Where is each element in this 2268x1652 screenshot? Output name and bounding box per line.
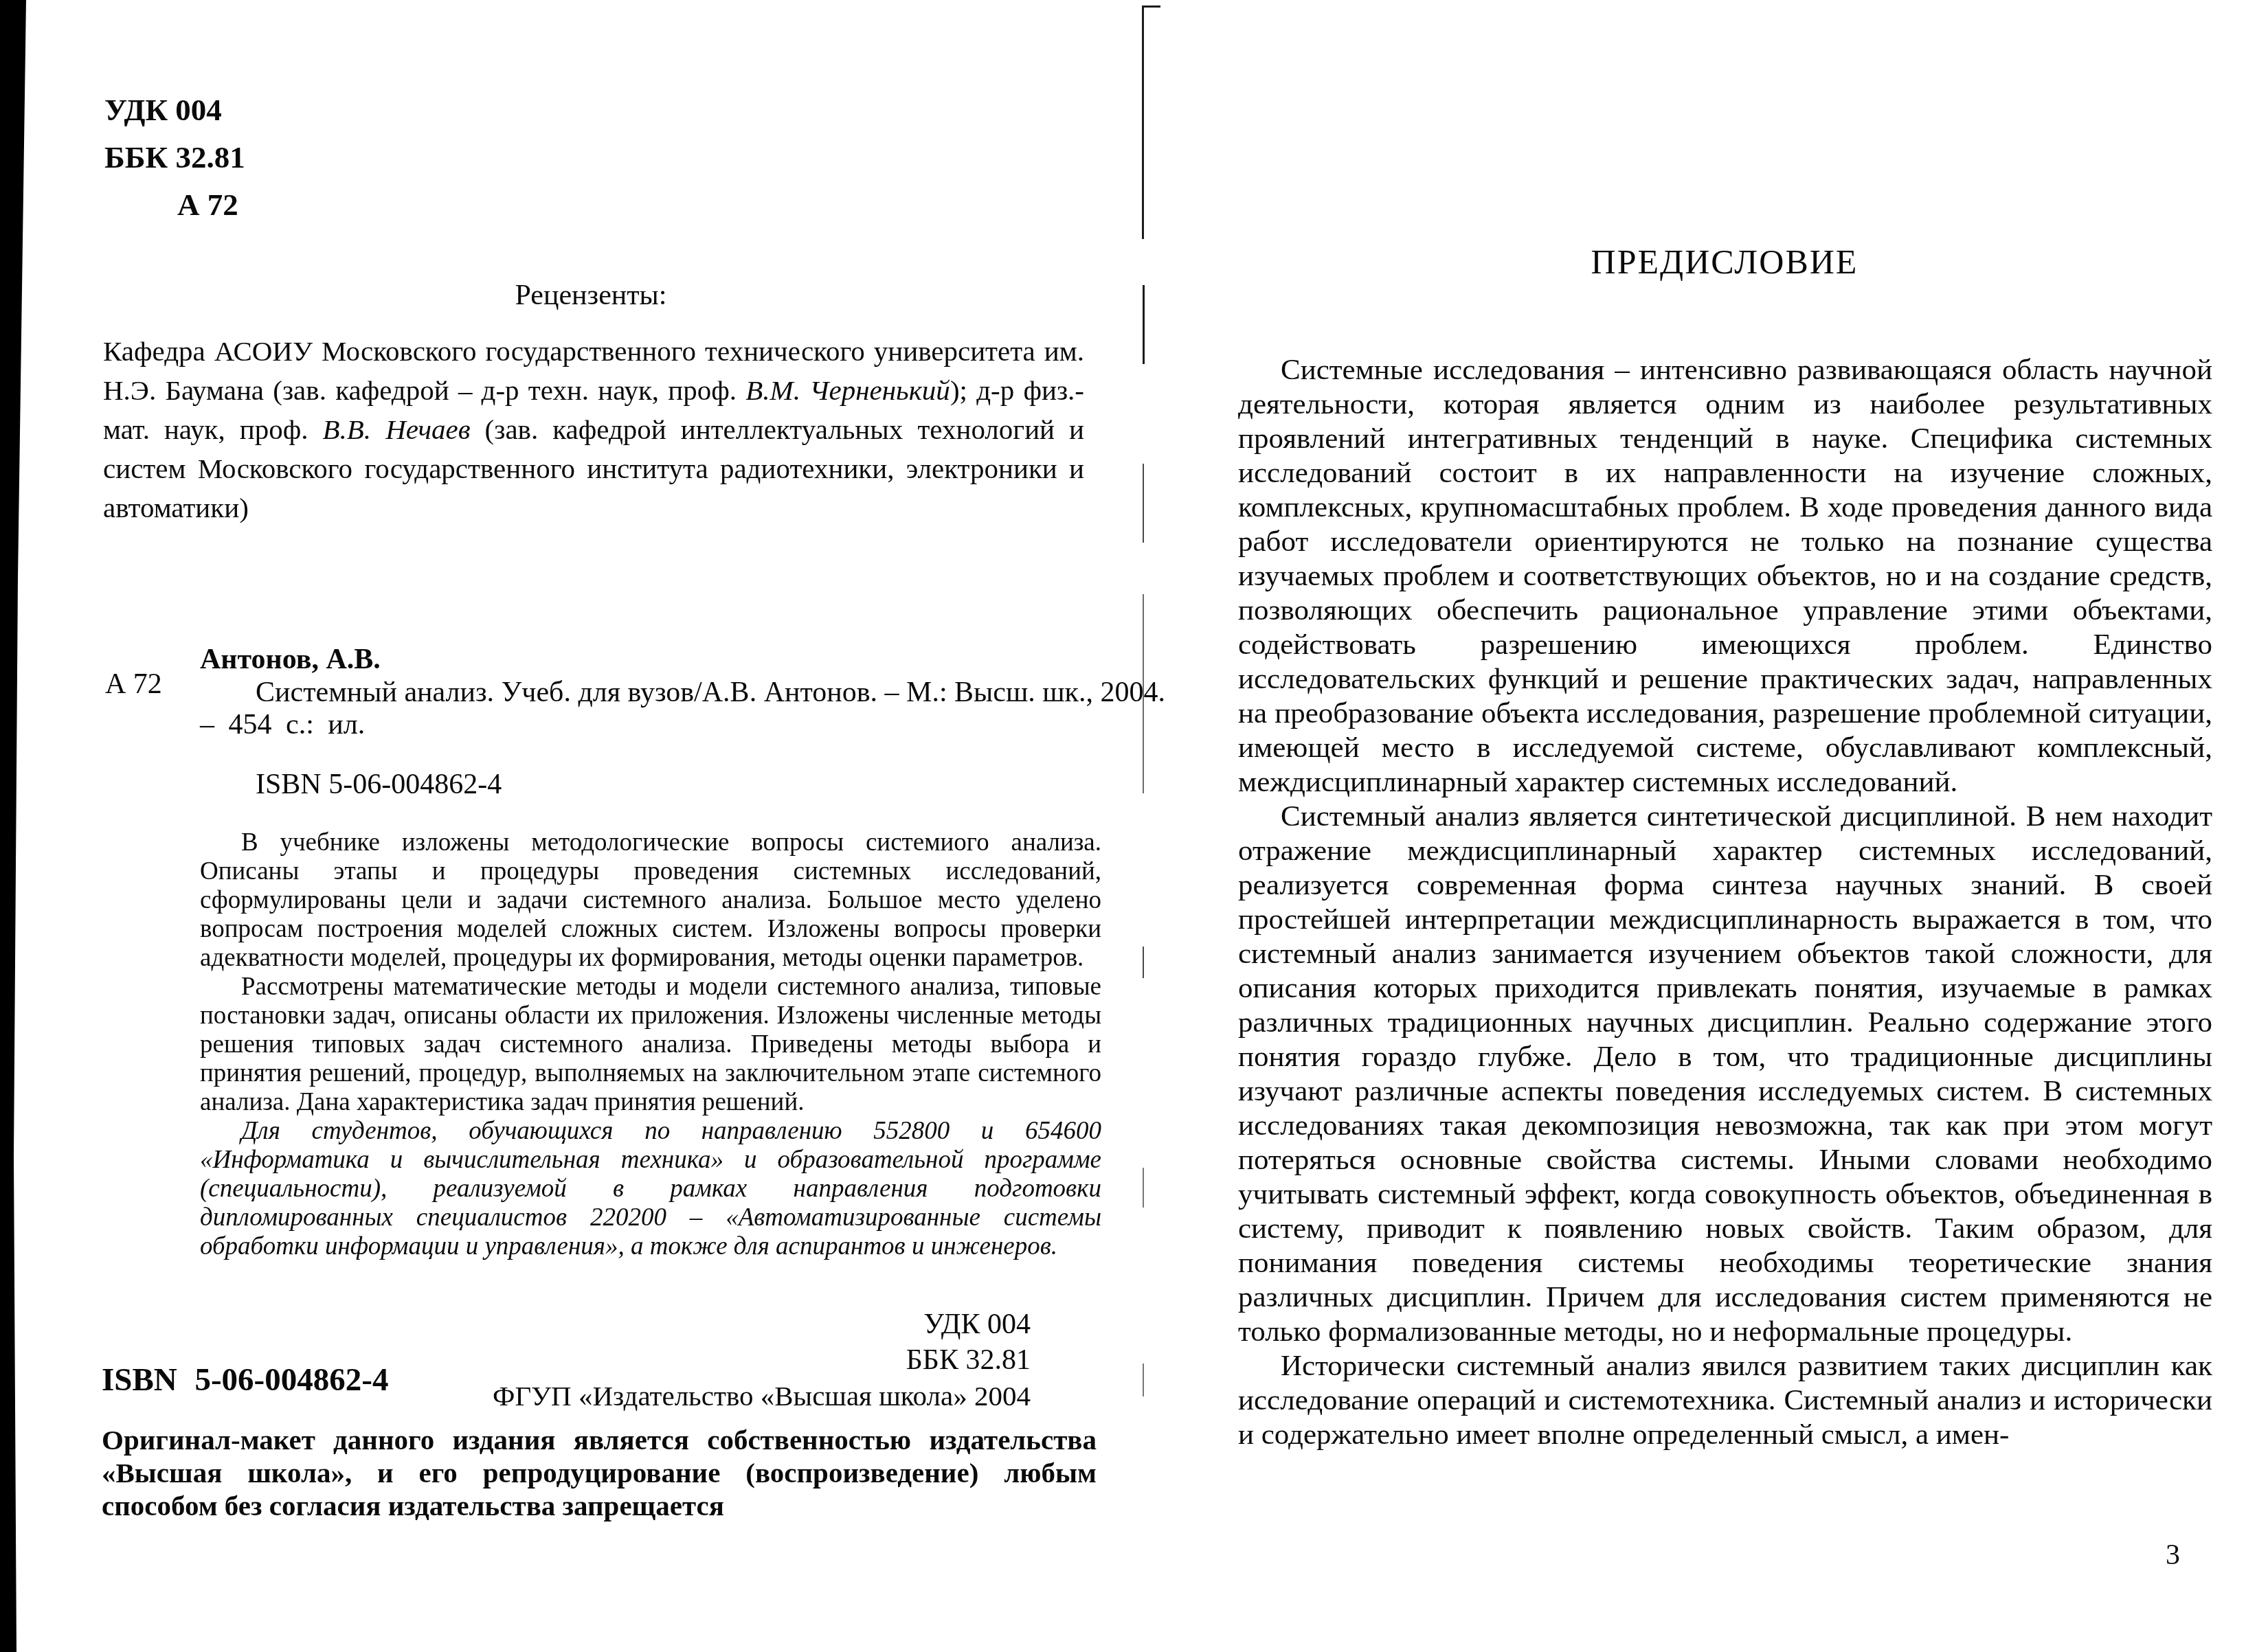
gutter-mark: [1143, 1364, 1144, 1396]
annotation-paragraph-2: Рассмотрены математические методы и моде…: [200, 973, 1101, 1117]
preface-paragraph-1: Системные исследования – интенсивно разв…: [1238, 353, 2212, 800]
preface-paragraph-3: Исторически системный анализ явился разв…: [1238, 1349, 2212, 1452]
preface-heading: ПРЕДИСЛОВИЕ: [1237, 242, 2212, 282]
annotation-paragraph-audience: Для студентов, обучающихся по направлени…: [200, 1117, 1101, 1261]
preface-body: Системные исследования – интенсивно разв…: [1238, 353, 2212, 1452]
copyright-notice: Оригинал-макет данного издания является …: [102, 1423, 1097, 1522]
gutter-mark: [1143, 285, 1145, 364]
author-sign-code: А 72: [104, 181, 245, 229]
annotation-block: В учебнике изложены методологические воп…: [200, 828, 1101, 1261]
gutter-mark: [1143, 464, 1144, 543]
reviewers-heading: Рецензенты:: [103, 279, 1079, 312]
bibliographic-line-1: Системный анализ. Учеб. для вузов/А.В. А…: [256, 676, 1165, 709]
reviewers-text: Кафедра АСОИУ Московского государственно…: [103, 332, 1084, 528]
preface-paragraph-2: Системный анализ является синтетической …: [1238, 800, 2212, 1349]
isbn-bottom: ISBN 5-06-004862-4: [102, 1361, 388, 1399]
gutter-mark: [1143, 947, 1144, 978]
publisher-line: ФГУП «Издательство «Высшая школа» 2004: [412, 1379, 1031, 1412]
annotation-paragraph-1: В учебнике изложены методологические воп…: [200, 828, 1101, 973]
udk-code-bottom: УДК 004: [756, 1306, 1031, 1342]
page-number: 3: [2166, 1539, 2180, 1572]
gutter-mark: [1142, 5, 1160, 8]
bibliographic-line-2: – 454 с.: ил.: [200, 708, 365, 741]
isbn-catalog: ISBN 5-06-004862-4: [256, 768, 502, 801]
imprint-codes: УДК 004 ББК 32.81: [756, 1306, 1031, 1378]
udk-code: УДК 004: [104, 87, 245, 134]
gutter-mark: [1143, 1168, 1144, 1208]
catalog-author: Антонов, А.В.: [200, 643, 381, 676]
gutter-mark: [1142, 5, 1144, 239]
bbk-code: ББК 32.81: [104, 134, 245, 181]
catalog-author-code: А 72: [105, 668, 162, 701]
bbk-code-bottom: ББК 32.81: [756, 1342, 1031, 1378]
classification-codes: УДК 004 ББК 32.81 А 72: [104, 87, 245, 229]
binding-edge: [0, 0, 30, 1652]
book-spread: УДК 004 ББК 32.81 А 72 Рецензенты: Кафед…: [0, 0, 2268, 1652]
